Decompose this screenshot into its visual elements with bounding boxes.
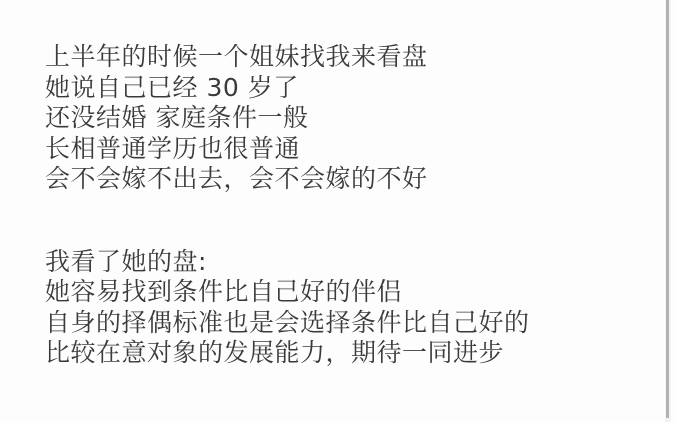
post-text: 上半年的时候一个姐妹找我来看盘 她说自己已经 30 岁了 还没结婚 家庭条件一般… (45, 42, 530, 369)
text-line: 长相普通学历也很普通 (45, 134, 530, 165)
text-line: 我看了她的盘: (45, 247, 530, 278)
text-line: 还没结婚 家庭条件一般 (45, 103, 530, 134)
scrollbar-thumb[interactable] (666, 0, 669, 418)
paragraph-reading: 我看了她的盘: 她容易找到条件比自己好的伴侣 自身的择偶标准也是会选择条件比自己… (45, 247, 530, 369)
text-line: 比较在意对象的发展能力，期待一同进步 (45, 338, 530, 369)
text-line: 自身的择偶标准也是会选择条件比自己好的 (45, 308, 530, 339)
text-line: 她说自己已经 30 岁了 (45, 73, 530, 104)
text-line: 上半年的时候一个姐妹找我来看盘 (45, 42, 530, 73)
scrollbar[interactable] (665, 0, 671, 422)
paragraph-question: 上半年的时候一个姐妹找我来看盘 她说自己已经 30 岁了 还没结婚 家庭条件一般… (45, 42, 530, 195)
page: 上半年的时候一个姐妹找我来看盘 她说自己已经 30 岁了 还没结婚 家庭条件一般… (0, 0, 676, 422)
text-line: 会不会嫁不出去，会不会嫁的不好 (45, 164, 530, 195)
text-line: 她容易找到条件比自己好的伴侣 (45, 277, 530, 308)
